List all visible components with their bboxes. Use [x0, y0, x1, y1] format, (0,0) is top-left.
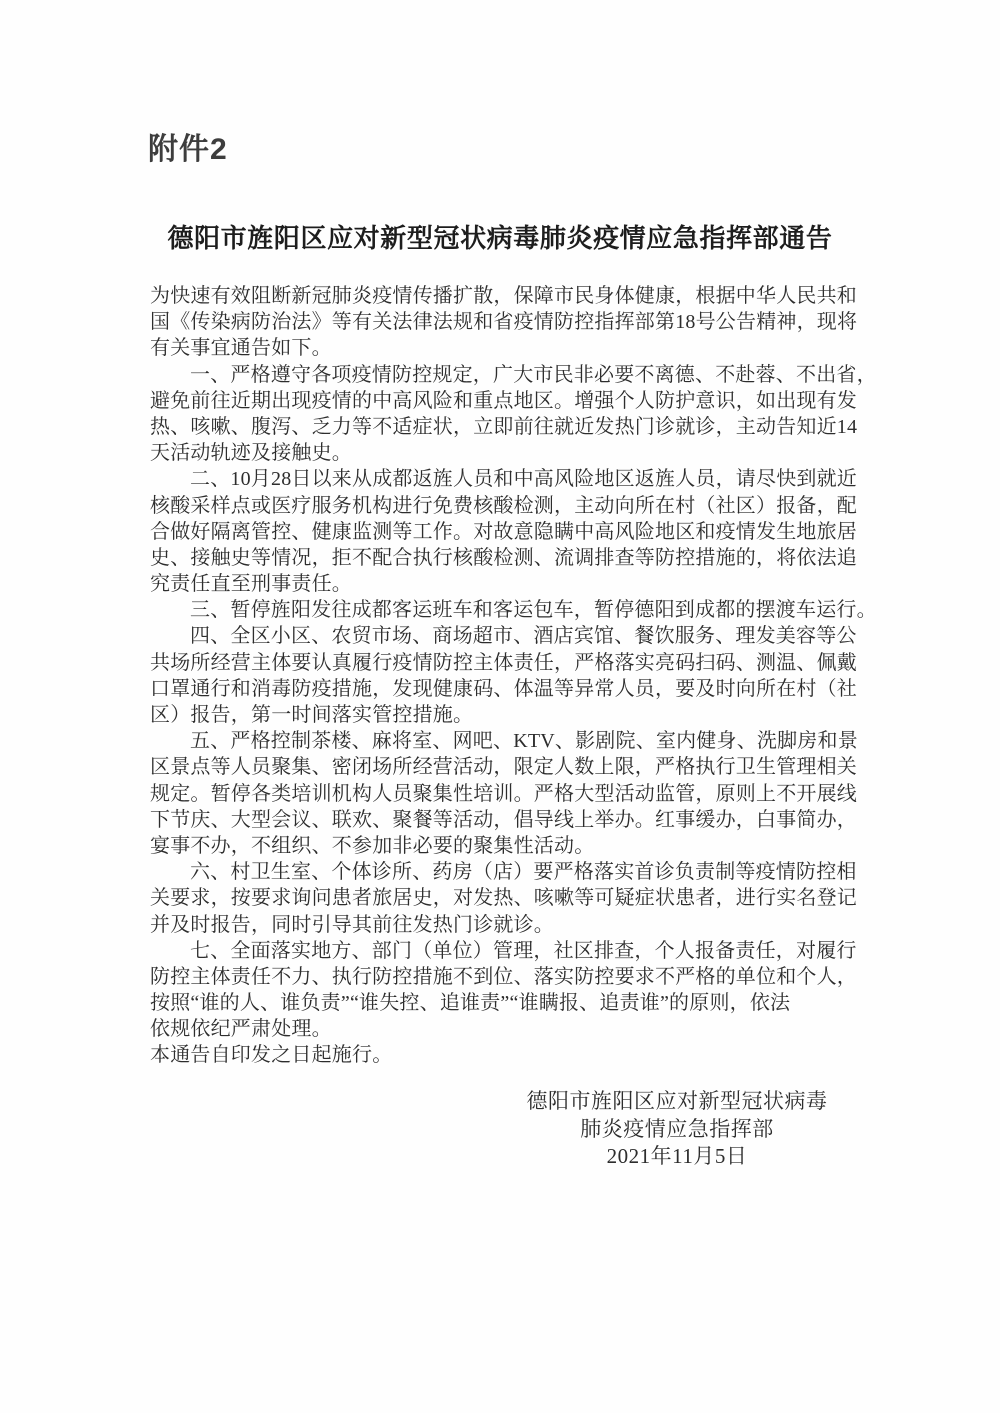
body-line: 二、10月28日以来从成都返旌人员和中高风险地区返旌人员，请尽快到就近: [150, 466, 858, 492]
body-line: 究责任直至刑事责任。: [150, 571, 858, 597]
body-line: 避免前往近期出现疫情的中高风险和重点地区。增强个人防护意识，如出现有发: [150, 388, 858, 414]
body-line: 有关事宜通告如下。: [150, 335, 858, 361]
body-line: 按照“谁的人、谁负责”“谁失控、追谁责”“谁瞒报、追责谁”的原则，依法: [150, 990, 858, 1016]
document-body: 为快速有效阻断新冠肺炎疫情传播扩散，保障市民身体健康，根据中华人民共和国《传染病…: [150, 283, 858, 1069]
body-line: 合做好隔离管控、健康监测等工作。对故意隐瞒中高风险地区和疫情发生地旅居: [150, 519, 858, 545]
body-line: 并及时报告，同时引导其前往发热门诊就诊。: [150, 912, 858, 938]
body-line: 四、全区小区、农贸市场、商场超市、酒店宾馆、餐饮服务、理发美容等公: [150, 623, 858, 649]
attachment-label: 附件2: [148, 124, 228, 168]
body-line: 热、咳嗽、腹泻、乏力等不适症状，立即前往就近发热门诊就诊，主动告知近14: [150, 414, 858, 440]
body-line: 一、严格遵守各项疫情防控规定，广大市民非必要不离德、不赴蓉、不出省，: [150, 362, 858, 388]
body-line: 六、村卫生室、个体诊所、药房（店）要严格落实首诊负责制等疫情防控相: [150, 859, 858, 885]
body-line: 七、全面落实地方、部门（单位）管理，社区排查，个人报备责任，对履行: [150, 938, 858, 964]
document-page: 附件2 德阳市旌阳区应对新型冠状病毒肺炎疫情应急指挥部通告 为快速有效阻断新冠肺…: [0, 0, 1000, 1413]
paragraph: 一、严格遵守各项疫情防控规定，广大市民非必要不离德、不赴蓉、不出省，避免前往近期…: [150, 362, 858, 467]
paragraph: 本通告自印发之日起施行。: [150, 1042, 858, 1068]
paragraph: 五、严格控制茶楼、麻将室、网吧、KTV、影剧院、室内健身、洗脚房和景区景点等人员…: [150, 728, 858, 859]
body-line: 防控主体责任不力、执行防控措施不到位、落实防控要求不严格的单位和个人，: [150, 964, 858, 990]
body-line: 宴事不办，不组织、不参加非必要的聚集性活动。: [150, 833, 858, 859]
body-line: 本通告自印发之日起施行。: [150, 1042, 858, 1068]
body-line: 共场所经营主体要认真履行疫情防控主体责任，严格落实亮码扫码、测温、佩戴: [150, 650, 858, 676]
signature-date: 2021年11月5日: [477, 1143, 877, 1171]
body-line: 国《传染病防治法》等有关法律法规和省疫情防控指挥部第18号公告精神，现将: [150, 309, 858, 335]
signature-org-line1: 德阳市旌阳区应对新型冠状病毒: [477, 1088, 877, 1116]
body-line: 区景点等人员聚集、密闭场所经营活动，限定人数上限，严格执行卫生管理相关: [150, 754, 858, 780]
body-line: 关要求，按要求询问患者旅居史，对发热、咳嗽等可疑症状患者，进行实名登记: [150, 885, 858, 911]
body-line: 下节庆、大型会议、联欢、聚餐等活动，倡导线上举办。红事缓办，白事简办，: [150, 807, 858, 833]
body-line: 依规依纪严肃处理。: [150, 1016, 858, 1042]
body-line: 三、暂停旌阳发往成都客运班车和客运包车，暂停德阳到成都的摆渡车运行。: [150, 597, 858, 623]
body-line: 天活动轨迹及接触史。: [150, 440, 858, 466]
signature-org-line2: 肺炎疫情应急指挥部: [477, 1116, 877, 1144]
document-title: 德阳市旌阳区应对新型冠状病毒肺炎疫情应急指挥部通告: [0, 218, 1000, 255]
body-line: 规定。暂停各类培训机构人员聚集性培训。严格大型活动监管，原则上不开展线: [150, 781, 858, 807]
paragraph: 六、村卫生室、个体诊所、药房（店）要严格落实首诊负责制等疫情防控相关要求，按要求…: [150, 859, 858, 938]
paragraph: 为快速有效阻断新冠肺炎疫情传播扩散，保障市民身体健康，根据中华人民共和国《传染病…: [150, 283, 858, 362]
body-line: 核酸采样点或医疗服务机构进行免费核酸检测，主动向所在村（社区）报备，配: [150, 493, 858, 519]
signature-block: 德阳市旌阳区应对新型冠状病毒 肺炎疫情应急指挥部 2021年11月5日: [477, 1088, 877, 1171]
body-line: 口罩通行和消毒防疫措施，发现健康码、体温等异常人员，要及时向所在村（社: [150, 676, 858, 702]
body-line: 五、严格控制茶楼、麻将室、网吧、KTV、影剧院、室内健身、洗脚房和景: [150, 728, 858, 754]
paragraph: 三、暂停旌阳发往成都客运班车和客运包车，暂停德阳到成都的摆渡车运行。: [150, 597, 858, 623]
paragraph: 四、全区小区、农贸市场、商场超市、酒店宾馆、餐饮服务、理发美容等公共场所经营主体…: [150, 623, 858, 728]
body-line: 区）报告，第一时间落实管控措施。: [150, 702, 858, 728]
paragraph: 七、全面落实地方、部门（单位）管理，社区排查，个人报备责任，对履行防控主体责任不…: [150, 938, 858, 1043]
paragraph: 二、10月28日以来从成都返旌人员和中高风险地区返旌人员，请尽快到就近核酸采样点…: [150, 466, 858, 597]
body-line: 为快速有效阻断新冠肺炎疫情传播扩散，保障市民身体健康，根据中华人民共和: [150, 283, 858, 309]
body-line: 史、接触史等情况，拒不配合执行核酸检测、流调排查等防控措施的，将依法追: [150, 545, 858, 571]
